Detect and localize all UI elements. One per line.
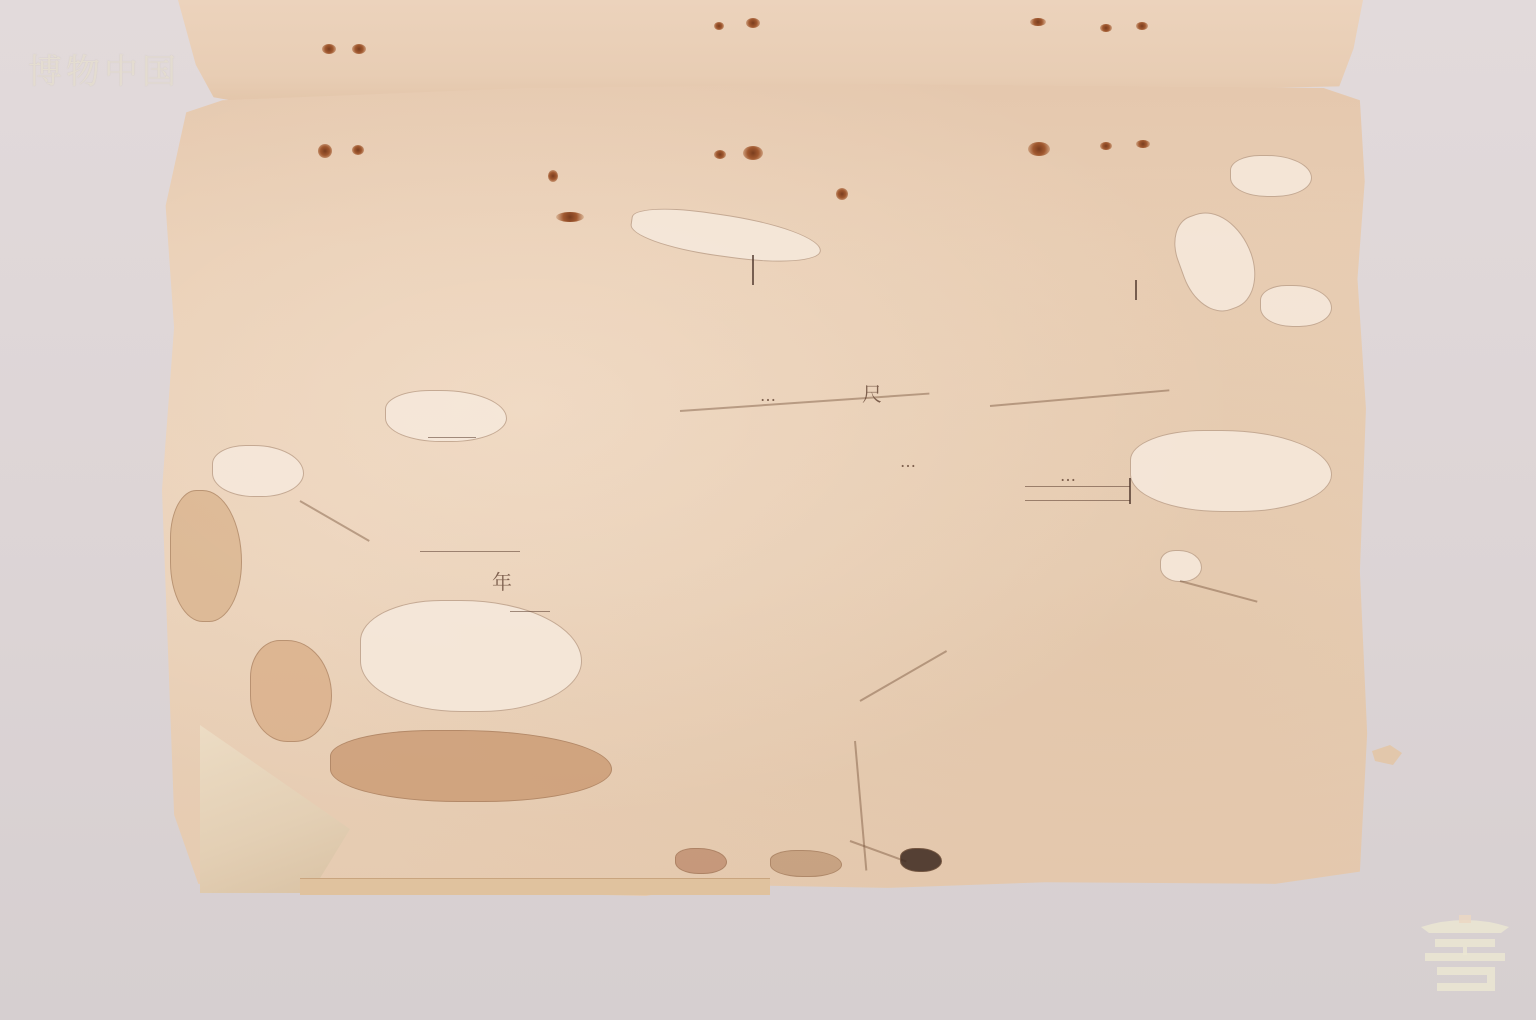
ink-rule	[428, 437, 476, 438]
ink-rule	[1025, 486, 1130, 487]
rust-stain	[714, 150, 726, 159]
ink-character: 尺	[862, 378, 882, 407]
ink-rule	[510, 611, 550, 612]
ink-rule	[1025, 500, 1130, 501]
rust-stain	[743, 146, 763, 160]
rust-stain	[1136, 22, 1148, 30]
ink-rule	[420, 551, 520, 552]
rust-stain	[1028, 142, 1050, 156]
worm-damage	[1230, 155, 1312, 197]
torn-bottom-strip	[300, 878, 770, 895]
rust-stain	[836, 188, 848, 200]
rust-stain	[318, 144, 332, 158]
worm-damage	[900, 848, 942, 872]
rust-stain	[352, 145, 364, 155]
rust-stain	[714, 22, 724, 30]
ink-character: …	[900, 452, 916, 471]
ink-character: …	[760, 386, 776, 405]
ink-rule-vertical	[1135, 280, 1137, 300]
ink-rule-vertical	[752, 255, 754, 285]
rust-stain	[1100, 142, 1112, 150]
rust-stain	[1136, 140, 1150, 148]
watermark-text: 博物中国	[28, 44, 180, 93]
worm-damage	[770, 850, 842, 877]
ink-character: 年	[492, 566, 512, 595]
rust-stain	[352, 44, 366, 54]
paper-flake	[1372, 745, 1402, 765]
worm-damage	[1160, 550, 1202, 582]
rust-stain	[1030, 18, 1046, 26]
rust-stain	[548, 170, 558, 182]
rust-stain	[746, 18, 760, 28]
photo-scene: 尺 年 … … … 博物中国	[0, 0, 1536, 1020]
ink-rule-vertical	[1129, 478, 1131, 504]
worm-damage	[675, 848, 727, 874]
rust-stain	[1100, 24, 1112, 32]
rust-stain	[322, 44, 336, 54]
worm-damage	[1260, 285, 1332, 327]
pavilion-logo-icon	[1415, 905, 1515, 995]
ink-character: …	[1060, 466, 1076, 485]
rust-stain	[556, 212, 584, 222]
